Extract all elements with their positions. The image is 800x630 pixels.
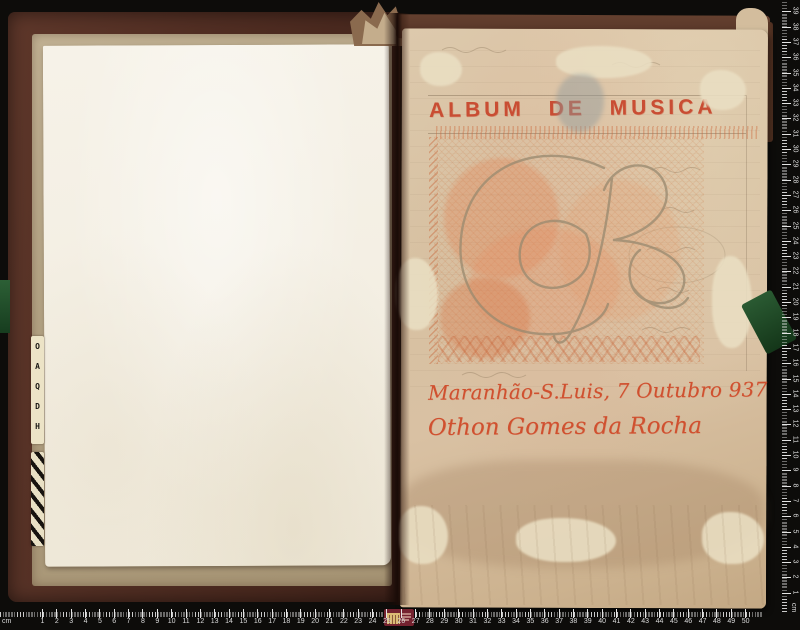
cm-label: 9 <box>792 464 799 476</box>
cm-label: 32 <box>481 618 494 625</box>
cm-tick <box>782 195 791 196</box>
cm-label: 21 <box>323 618 336 625</box>
cm-tick <box>782 501 791 502</box>
cm-tick <box>688 609 689 618</box>
cm-label: 12 <box>792 418 799 430</box>
cm-label: 1 <box>36 618 49 625</box>
cm-tick <box>782 455 791 456</box>
cm-tick <box>782 440 791 441</box>
ruler-unit-label: cm <box>2 618 11 625</box>
cm-label: 40 <box>596 618 609 625</box>
cm-tick <box>782 593 791 594</box>
cm-label: 42 <box>624 618 637 625</box>
cm-tick <box>630 609 631 618</box>
cm-tick <box>731 609 732 618</box>
cm-tick <box>142 609 143 618</box>
cm-label: 39 <box>581 618 594 625</box>
cm-tick <box>782 470 791 471</box>
cm-label: 14 <box>792 387 799 399</box>
cm-tick <box>782 42 791 43</box>
cm-label: 17 <box>266 618 279 625</box>
cm-tick <box>782 73 791 74</box>
cm-label: 22 <box>337 618 350 625</box>
cm-label: 27 <box>409 618 422 625</box>
cm-tick <box>659 609 660 618</box>
cm-tick <box>782 149 791 150</box>
cm-tick <box>257 609 258 618</box>
cm-tick <box>602 609 603 618</box>
right-ruler-mm-ticks <box>782 0 787 612</box>
cm-tick <box>329 609 330 618</box>
cm-label: 43 <box>639 618 652 625</box>
cm-label: 37 <box>792 35 799 47</box>
cm-tick <box>487 609 488 618</box>
cm-tick <box>782 409 791 410</box>
spine-letter: H <box>31 422 44 431</box>
cm-label: 13 <box>208 618 221 625</box>
logo-text-line <box>402 613 411 615</box>
cm-label: 35 <box>524 618 537 625</box>
cm-label: 34 <box>510 618 523 625</box>
cm-label: 20 <box>309 618 322 625</box>
cm-label: 12 <box>194 618 207 625</box>
cm-tick <box>243 609 244 618</box>
cm-tick <box>573 609 574 618</box>
cm-tick <box>782 547 791 548</box>
cm-tick <box>782 88 791 89</box>
cm-label: 18 <box>280 618 293 625</box>
cm-tick <box>782 210 791 211</box>
cm-label: 47 <box>696 618 709 625</box>
cm-label: 11 <box>180 618 193 625</box>
cm-label: 38 <box>792 20 799 32</box>
cm-tick <box>782 394 791 395</box>
cm-tick <box>358 609 359 618</box>
cm-label: 1 <box>792 586 799 598</box>
cm-tick <box>782 516 791 517</box>
cm-label: 29 <box>438 618 451 625</box>
cm-tick <box>782 562 791 563</box>
cm-tick <box>782 333 791 334</box>
cm-tick <box>587 609 588 618</box>
cm-tick <box>186 609 187 618</box>
cm-label: 24 <box>366 618 379 625</box>
cm-label: 36 <box>538 618 551 625</box>
repair-patch <box>700 70 746 110</box>
cm-label: 14 <box>223 618 236 625</box>
cm-tick <box>782 134 791 135</box>
cm-tick <box>782 118 791 119</box>
cm-tick <box>782 287 791 288</box>
cm-label: 20 <box>792 296 799 308</box>
cm-label: 33 <box>495 618 508 625</box>
cm-label: 21 <box>792 280 799 292</box>
spine-label-strip: OAQDH <box>31 336 44 444</box>
cm-label: 39 <box>792 5 799 17</box>
cm-tick <box>372 609 373 618</box>
cm-label: 4 <box>79 618 92 625</box>
cm-tick <box>673 609 674 618</box>
cm-tick <box>745 609 746 618</box>
date-inscription: Maranhão-S.Luis, 7 Outubro 937 <box>428 377 768 405</box>
cm-label: 19 <box>294 618 307 625</box>
cm-label: 7 <box>122 618 135 625</box>
cm-tick <box>157 609 158 618</box>
cm-tick <box>716 609 717 618</box>
cm-label: 28 <box>792 173 799 185</box>
cm-tick <box>544 609 545 618</box>
cm-tick <box>229 609 230 618</box>
cm-label: 29 <box>792 158 799 170</box>
cm-label: 48 <box>710 618 723 625</box>
cm-label: 28 <box>423 618 436 625</box>
cm-tick <box>782 241 791 242</box>
cm-label: 16 <box>792 357 799 369</box>
cm-label: 9 <box>151 618 164 625</box>
monogram-drawing <box>436 138 704 360</box>
cm-label: 6 <box>792 510 799 522</box>
cm-tick <box>42 609 43 618</box>
cm-tick <box>782 164 791 165</box>
cm-tick <box>300 609 301 618</box>
cm-label: 18 <box>792 326 799 338</box>
cm-tick <box>286 609 287 618</box>
cm-label: 34 <box>792 81 799 93</box>
signature-inscription: Othon Gomes da Rocha <box>428 413 702 441</box>
cm-label: 24 <box>792 234 799 246</box>
cm-tick <box>386 609 387 618</box>
cm-tick <box>214 609 215 618</box>
cm-tick <box>559 609 560 618</box>
cm-tick <box>473 609 474 618</box>
cm-label: 46 <box>682 618 695 625</box>
cm-tick <box>444 609 445 618</box>
cm-tick <box>782 302 791 303</box>
cm-tick <box>782 379 791 380</box>
cm-tick <box>782 103 791 104</box>
cm-tick <box>401 609 402 618</box>
cm-label: 25 <box>792 219 799 231</box>
striped-paper-edge <box>31 452 44 546</box>
cm-label: 5 <box>93 618 106 625</box>
cm-tick <box>782 348 791 349</box>
cm-label: 44 <box>653 618 666 625</box>
cm-tick <box>343 609 344 618</box>
cm-tick <box>56 609 57 618</box>
cm-label: 4 <box>792 540 799 552</box>
cm-tick <box>645 609 646 618</box>
repair-patch <box>556 46 652 78</box>
cm-label: 33 <box>792 97 799 109</box>
cm-label: 16 <box>251 618 264 625</box>
cm-tick <box>458 609 459 618</box>
cm-label: 36 <box>792 51 799 63</box>
cm-tick <box>782 11 791 12</box>
spine-letter: Q <box>31 382 44 391</box>
cm-tick <box>782 317 791 318</box>
cm-label: 30 <box>452 618 465 625</box>
cm-tick <box>782 180 791 181</box>
cm-label: 49 <box>725 618 738 625</box>
cm-label: 3 <box>65 618 78 625</box>
cm-tick <box>99 609 100 618</box>
cm-tick <box>501 609 502 618</box>
cm-tick <box>128 609 129 618</box>
cm-tick <box>516 609 517 618</box>
cm-tick <box>782 486 791 487</box>
cm-label: 26 <box>395 618 408 625</box>
cm-label: 15 <box>792 372 799 384</box>
cm-tick <box>782 271 791 272</box>
cm-label: 35 <box>792 66 799 78</box>
spine-letter: O <box>31 342 44 351</box>
cm-label: 26 <box>792 204 799 216</box>
cm-tick <box>782 226 791 227</box>
cm-label: 37 <box>553 618 566 625</box>
cm-tick <box>782 577 791 578</box>
cm-tick <box>782 532 791 533</box>
cm-label: 13 <box>792 403 799 415</box>
page-wrinkles <box>404 505 764 605</box>
cm-label: 19 <box>792 311 799 323</box>
cm-tick <box>200 609 201 618</box>
gutter-shadow <box>384 13 410 605</box>
cm-label: 23 <box>352 618 365 625</box>
cm-label: 7 <box>792 494 799 506</box>
cm-tick <box>71 609 72 618</box>
cm-label: 41 <box>610 618 623 625</box>
cm-tick <box>530 609 531 618</box>
cm-label: 10 <box>165 618 178 625</box>
cm-tick <box>782 27 791 28</box>
digitized-book-photo: OAQDH <box>0 0 800 630</box>
cm-tick <box>782 363 791 364</box>
spine-letter: A <box>31 362 44 371</box>
cm-tick <box>429 609 430 618</box>
green-cloth-left <box>0 280 10 333</box>
cm-tick <box>114 609 115 618</box>
cm-label: 2 <box>792 571 799 583</box>
cm-label: 32 <box>792 112 799 124</box>
cm-label: 15 <box>237 618 250 625</box>
cm-label: 30 <box>792 143 799 155</box>
cm-label: 27 <box>792 188 799 200</box>
cm-label: 8 <box>136 618 149 625</box>
cm-tick <box>782 57 791 58</box>
repair-patch <box>420 52 462 86</box>
cm-tick <box>616 609 617 618</box>
cm-label: 11 <box>792 433 799 445</box>
cm-tick <box>171 609 172 618</box>
cm-label: 31 <box>792 127 799 139</box>
cm-tick <box>272 609 273 618</box>
cm-tick <box>782 424 791 425</box>
cm-label: 22 <box>792 265 799 277</box>
cm-label: 38 <box>567 618 580 625</box>
ruler-unit-label: cm <box>790 603 797 612</box>
cm-tick <box>702 609 703 618</box>
cm-label: 5 <box>792 525 799 537</box>
cm-tick <box>315 609 316 618</box>
cm-label: 17 <box>792 341 799 353</box>
cm-label: 10 <box>792 449 799 461</box>
cm-tick <box>85 609 86 618</box>
left-flyleaf-page <box>43 44 391 567</box>
cm-tick <box>782 256 791 257</box>
cm-label: 3 <box>792 556 799 568</box>
cm-label: 2 <box>50 618 63 625</box>
cm-label: 8 <box>792 479 799 491</box>
spine-letter: D <box>31 402 44 411</box>
cm-label: 50 <box>739 618 752 625</box>
cm-tick <box>415 609 416 618</box>
cm-label: 31 <box>467 618 480 625</box>
cm-label: 25 <box>380 618 393 625</box>
cm-label: 6 <box>108 618 121 625</box>
cm-label: 45 <box>667 618 680 625</box>
cm-label: 23 <box>792 250 799 262</box>
